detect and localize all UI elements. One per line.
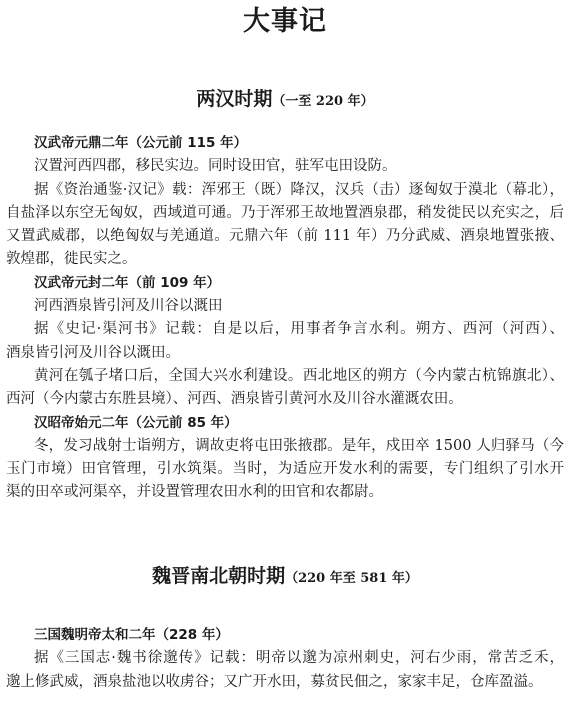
entry-heading: 汉昭帝始元二年（公元前 85 年）: [6, 412, 564, 435]
entry-block-wei-jin: 三国魏明帝太和二年（228 年） 据《三国志·魏书徐邈传》记载：明帝以邈为凉州刺…: [6, 624, 564, 694]
entry-heading: 汉武帝元封二年（前 109 年）: [6, 272, 564, 295]
entry-block-han: 汉武帝元鼎二年（公元前 115 年） 汉置河西四郡，移民实边。同时设田官，驻军屯…: [6, 132, 564, 505]
period-range: （一至 220 年）: [272, 94, 373, 109]
period-name: 魏晋南北朝时期: [152, 565, 285, 587]
period-name: 两汉时期: [196, 88, 272, 110]
entry-line: 据《资治通鉴·汉记》载：浑邪王（既）降汉，汉兵（击）逐匈奴于漠北（幕北），: [6, 179, 564, 202]
entry-line: 酒泉皆引河及川谷以溉田。: [6, 342, 564, 365]
entry-line: 邈上修武威，酒泉盐池以收虏谷；又广开水田，募贫民佃之，家家丰足，仓库盈溢。: [6, 671, 564, 694]
entry-line: 自盐泽以东空无匈奴，西域道可通。乃于浑邪王故地置酒泉郡，稍发徙民以充实之，后: [6, 202, 564, 225]
period-heading-han: 两汉时期（一至 220 年）: [0, 86, 570, 115]
entry-heading: 三国魏明帝太和二年（228 年）: [6, 624, 564, 647]
entry-line: 黄河在瓠子堵口后，全国大兴水利建设。西北地区的朔方（今内蒙古杭锦旗北）、: [6, 365, 564, 388]
entry-line: 汉置河西四郡，移民实边。同时设田官，驻军屯田设防。: [6, 155, 564, 178]
entry-line: 渠的田卒或河渠卒，并设置管理农田水利的田官和农都尉。: [6, 481, 564, 504]
entry-line: 据《三国志·魏书徐邈传》记载：明帝以邈为凉州刺史，河右少雨，常苦乏禾，: [6, 647, 564, 670]
entry-line: 又置武威郡，以绝匈奴与羌通道。元鼎六年（前 111 年）乃分武威、酒泉地置张掖、: [6, 225, 564, 248]
entry-heading: 汉武帝元鼎二年（公元前 115 年）: [6, 132, 564, 155]
period-range: （220 年至 581 年）: [285, 571, 418, 586]
entry-line: 冬，发习战射士诣朔方，调故吏将屯田张掖郡。是年，戍田卒 1500 人归驿马（今: [6, 435, 564, 458]
entry-line: 西河（今内蒙古东胜县境）、河西、酒泉皆引黄河水及川谷水灌溉农田。: [6, 388, 564, 411]
entry-line: 玉门市境）田官管理，引水筑渠。当时，为适应开发水利的需要，专门组织了引水开: [6, 458, 564, 481]
entry-line: 据《史记·渠河书》记载：自是以后，用事者争言水利。朔方、西河（河西）、: [6, 318, 564, 341]
period-heading-wei-jin: 魏晋南北朝时期（220 年至 581 年）: [0, 563, 570, 592]
entry-line: 河西酒泉皆引河及川谷以溉田: [6, 295, 564, 318]
page-title: 大事记: [0, 4, 570, 40]
entry-line: 敦煌郡，徙民实之。: [6, 248, 564, 271]
